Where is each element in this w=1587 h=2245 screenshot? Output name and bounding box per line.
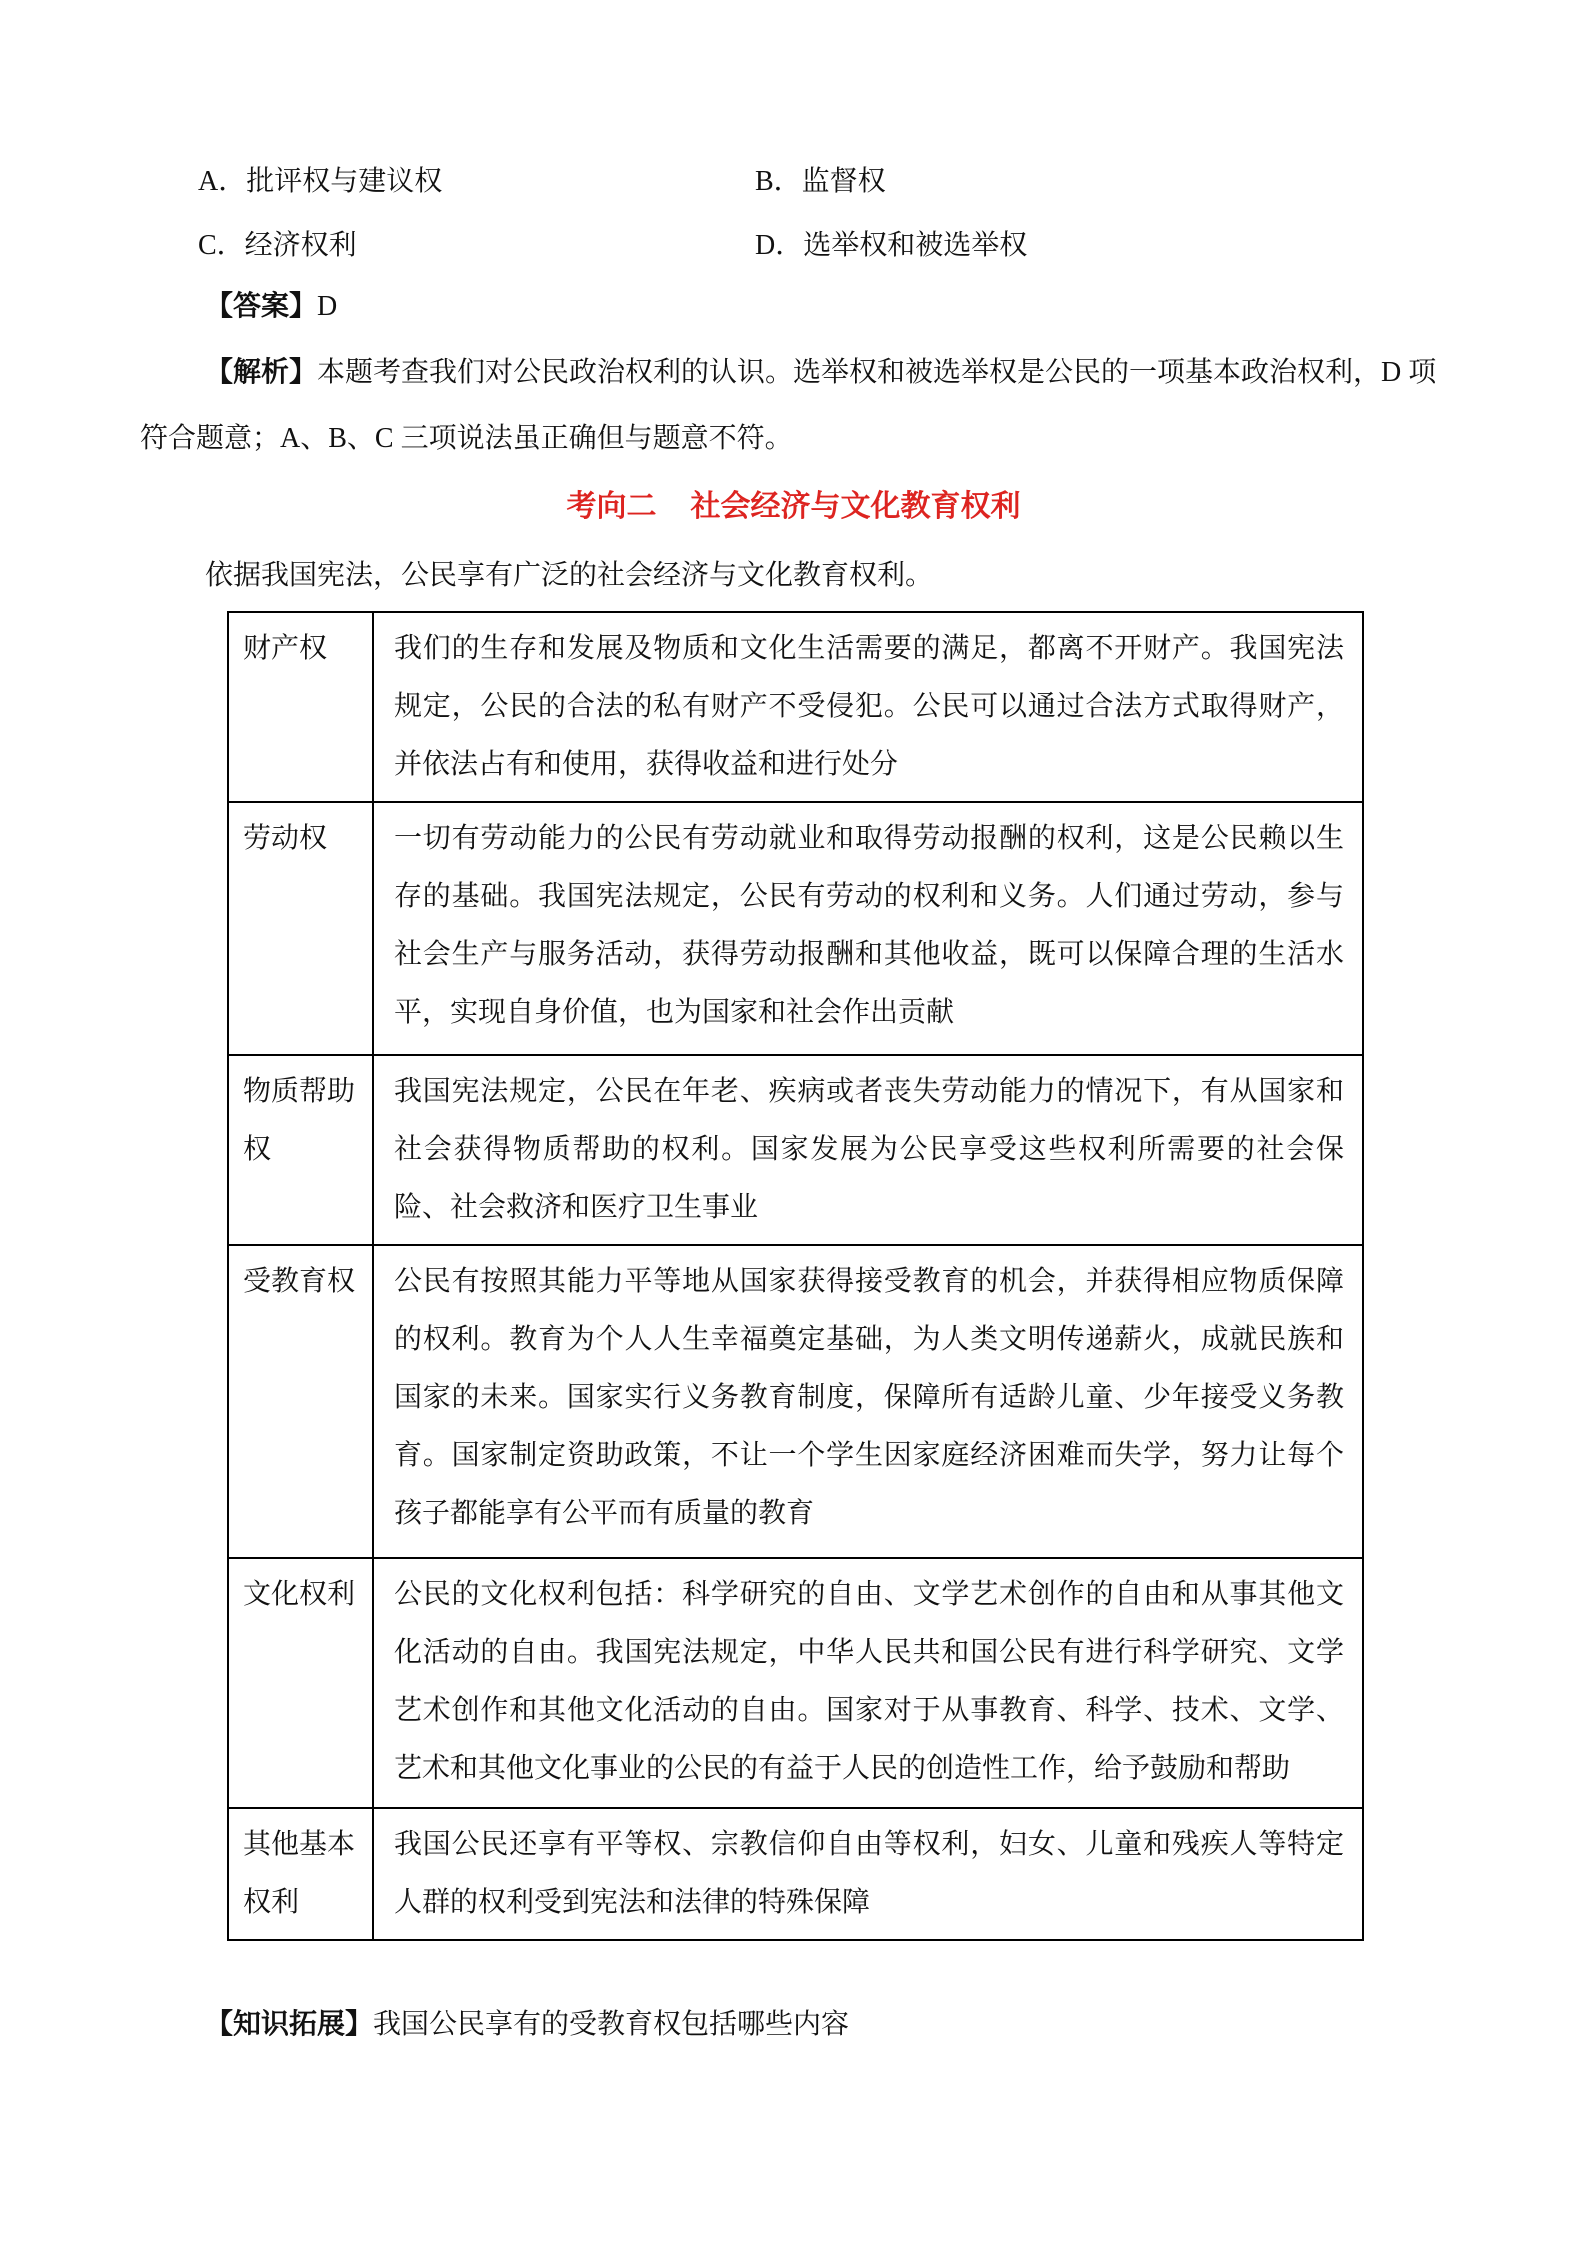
option-a: A．批评权与建议权 (198, 163, 442, 201)
knowledge-label: 【知识拓展】 (205, 2009, 373, 2040)
term-cell: 劳动权 (228, 802, 373, 1055)
desc-cell: 我国宪法规定，公民在年老、疾病或者丧失劳动能力的情况下，有从国家和社会获得物质帮… (373, 1055, 1363, 1245)
answer-label: 【答案】 (205, 291, 317, 322)
term-cell: 受教育权 (228, 1245, 373, 1558)
section-title: 社会经济与文化教育权利 (691, 490, 1021, 523)
analysis-label: 【解析】 (205, 357, 317, 388)
table-row: 受教育权 公民有按照其能力平等地从国家获得接受教育的机会，并获得相应物质保障的权… (228, 1245, 1363, 1558)
analysis-line-2: 符合题意；A、B、C 三项说法虽正确但与题意不符。 (140, 420, 793, 458)
document-page: A．批评权与建议权 B．监督权 C．经济权利 D．选举权和被选举权 【答案】D … (0, 0, 1587, 2245)
desc-cell: 一切有劳动能力的公民有劳动就业和取得劳动报酬的权利，这是公民赖以生存的基础。我国… (373, 802, 1363, 1055)
desc-cell: 公民有按照其能力平等地从国家获得接受教育的机会，并获得相应物质保障的权利。教育为… (373, 1245, 1363, 1558)
table-row: 财产权 我们的生存和发展及物质和文化生活需要的满足，都离不开财产。我国宪法规定，… (228, 612, 1363, 802)
analysis-text-1: 本题考查我们对公民政治权利的认识。选举权和被选举权是公民的一项基本政治权利，D … (317, 357, 1436, 388)
knowledge-text: 我国公民享有的受教育权包括哪些内容 (373, 2009, 849, 2040)
answer-value: D (317, 291, 337, 322)
answer-line: 【答案】D (205, 288, 337, 326)
term-cell: 文化权利 (228, 1558, 373, 1808)
section-heading: 考向二社会经济与文化教育权利 (0, 487, 1587, 527)
option-c: C．经济权利 (198, 227, 357, 265)
option-b: B．监督权 (755, 163, 886, 201)
intro-paragraph: 依据我国宪法，公民享有广泛的社会经济与文化教育权利。 (205, 557, 933, 595)
table-row: 劳动权 一切有劳动能力的公民有劳动就业和取得劳动报酬的权利，这是公民赖以生存的基… (228, 802, 1363, 1055)
desc-cell: 公民的文化权利包括：科学研究的自由、文学艺术创作的自由和从事其他文化活动的自由。… (373, 1558, 1363, 1808)
term-cell: 物质帮助权 (228, 1055, 373, 1245)
option-d: D．选举权和被选举权 (755, 227, 1027, 265)
table-row: 其他基本权利 我国公民还享有平等权、宗教信仰自由等权利，妇女、儿童和残疾人等特定… (228, 1808, 1363, 1940)
rights-table: 财产权 我们的生存和发展及物质和文化生活需要的满足，都离不开财产。我国宪法规定，… (227, 611, 1364, 1941)
knowledge-line: 【知识拓展】我国公民享有的受教育权包括哪些内容 (205, 2006, 849, 2044)
desc-cell: 我们的生存和发展及物质和文化生活需要的满足，都离不开财产。我国宪法规定，公民的合… (373, 612, 1363, 802)
table-row: 物质帮助权 我国宪法规定，公民在年老、疾病或者丧失劳动能力的情况下，有从国家和社… (228, 1055, 1363, 1245)
desc-cell: 我国公民还享有平等权、宗教信仰自由等权利，妇女、儿童和残疾人等特定人群的权利受到… (373, 1808, 1363, 1940)
section-tag: 考向二 (567, 490, 657, 523)
table-row: 文化权利 公民的文化权利包括：科学研究的自由、文学艺术创作的自由和从事其他文化活… (228, 1558, 1363, 1808)
term-cell: 其他基本权利 (228, 1808, 373, 1940)
analysis-line-1: 【解析】本题考查我们对公民政治权利的认识。选举权和被选举权是公民的一项基本政治权… (205, 354, 1436, 392)
term-cell: 财产权 (228, 612, 373, 802)
